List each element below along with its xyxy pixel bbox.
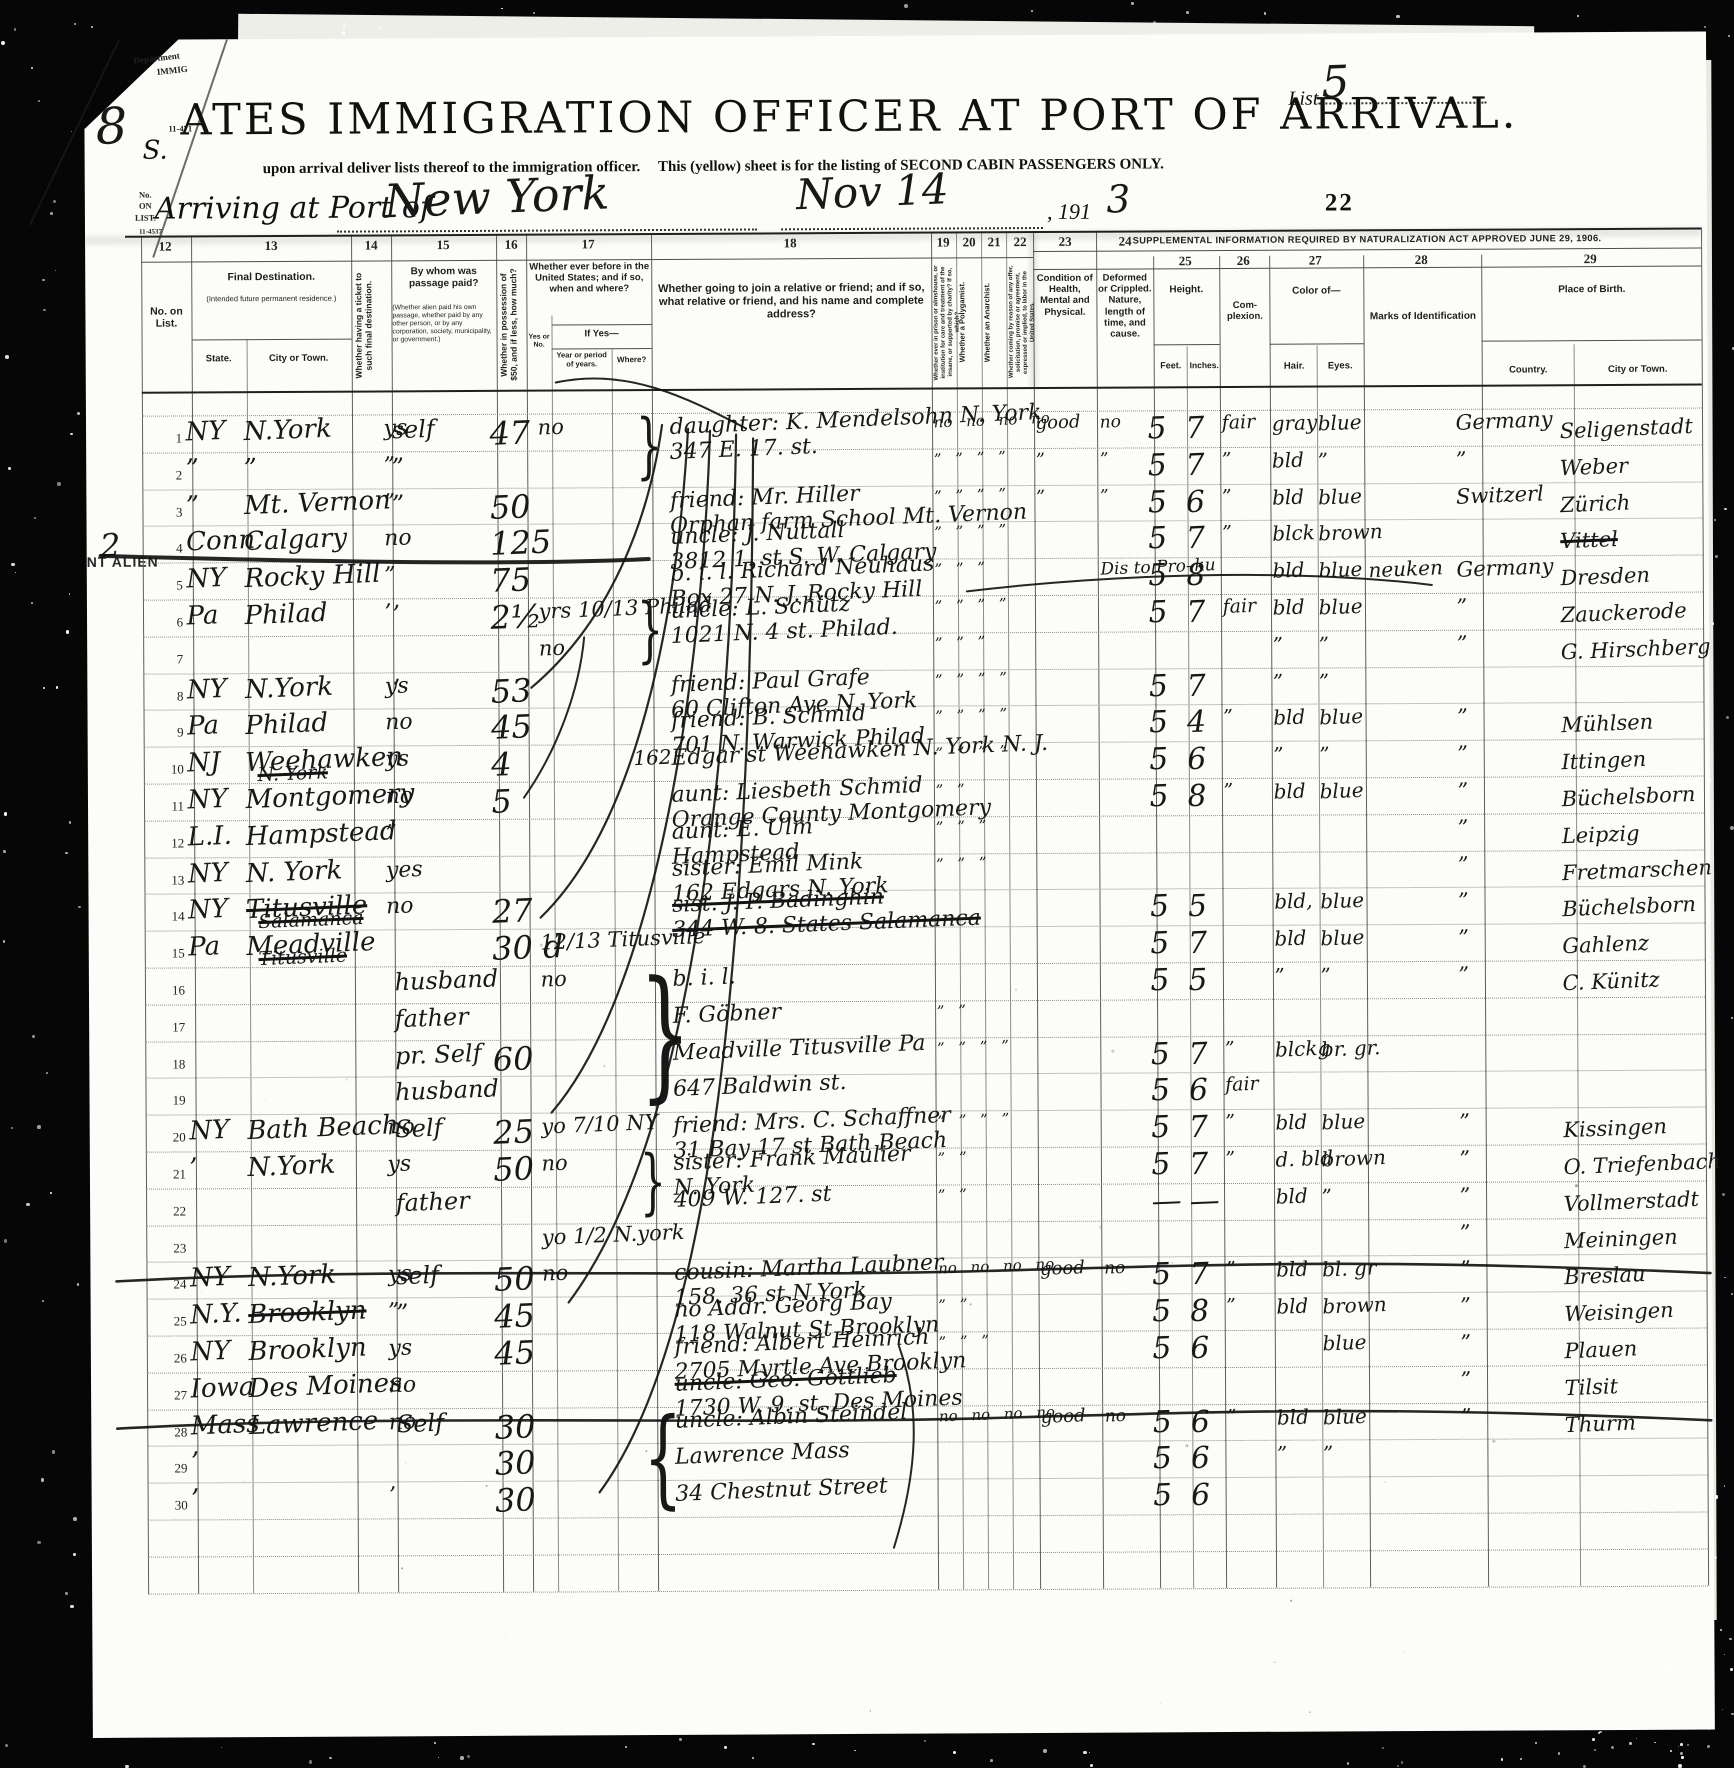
join-brace: }	[637, 595, 663, 667]
row-24-hair-value: bld	[1276, 1259, 1309, 1280]
row-9-bcity-value: Mühlsen	[1561, 712, 1654, 737]
row-number: 15	[147, 946, 185, 962]
scan-speckle	[5, 355, 9, 359]
scan-speckle	[1729, 1638, 1731, 1640]
row-1-state-value: NY	[185, 418, 226, 446]
scan-speckle	[904, 4, 908, 8]
row-6-city-value: Philad	[244, 600, 328, 629]
row-4-bcity-value: Vittel	[1560, 529, 1618, 552]
scan-speckle	[504, 1633, 506, 1635]
row-21-eyes-value: brown	[1321, 1147, 1386, 1170]
row-1-deformed-value: no	[1099, 414, 1121, 432]
scan-speckle	[5, 1744, 8, 1747]
scan-speckle	[1309, 1711, 1311, 1713]
row-9-country-value: ”	[1457, 707, 1469, 728]
scan-speckle	[1153, 21, 1156, 24]
scan-speckle	[1681, 1756, 1684, 1759]
row-15-bcity-value: Gahlenz	[1562, 933, 1649, 957]
scan-speckle	[401, 1568, 403, 1570]
row-6-ticket-value: ’	[384, 602, 392, 624]
row-18-cplx-value: ”	[1225, 1039, 1235, 1058]
row-4-ticket-value: no	[384, 528, 412, 551]
scan-speckle	[1501, 1758, 1504, 1761]
row-3-deformed-value: ”	[1100, 488, 1109, 505]
row-24-ft-value: 5	[1151, 1260, 1171, 1291]
row-number: 6	[145, 614, 183, 630]
row-30-join1-value: 34 Chestnut Street	[675, 1476, 888, 1507]
row-8-hair-value: ”	[1273, 671, 1284, 691]
row-4-q-value: ” ” ” ”	[934, 523, 1007, 541]
row-26-inch-value: 6	[1190, 1333, 1210, 1364]
scan-speckle	[3, 850, 6, 853]
row-12-ticket-value: ”	[385, 823, 397, 845]
col-17-where-label: Where?	[613, 355, 651, 365]
scan-speckle	[1715, 1495, 1719, 1499]
row-30-inch-value: 6	[1191, 1481, 1211, 1512]
col-15-header: By whom was passage paid?	[392, 266, 495, 290]
row-12-state-value: L.I.	[187, 823, 232, 851]
row-24-paid-value: self	[396, 1263, 440, 1289]
row-1-city-value: N.York	[243, 416, 332, 446]
row-2-state-value: ”	[185, 456, 199, 483]
grid-rowline	[144, 702, 1704, 711]
scan-speckle	[1131, 2, 1133, 4]
scan-speckle	[1654, 1742, 1655, 1743]
scan-speckle	[91, 26, 93, 28]
row-14-country-value: ”	[1458, 891, 1470, 912]
scan-speckle	[603, 1065, 605, 1067]
row-3-country-value: Switzerl	[1456, 483, 1545, 508]
row-number: 8	[145, 688, 183, 704]
row-number: 5	[145, 578, 183, 594]
scan-speckle	[501, 8, 502, 9]
row-2-inch-value: 7	[1185, 450, 1205, 481]
scan-speckle	[1594, 1749, 1596, 1751]
col-23-header: Condition of Health, Mental and Physical…	[1035, 273, 1094, 318]
grid-rowline	[145, 960, 1705, 969]
scan-speckle	[1731, 1293, 1733, 1295]
row-20-q-value: ” ” ” ”	[937, 1112, 1010, 1130]
row-1-q-value: no no no no	[933, 411, 1050, 431]
row-5-eyes-value: blue	[1318, 559, 1363, 581]
scan-speckle	[1577, 15, 1579, 17]
scan-speckle	[1015, 988, 1017, 990]
scan-speckle	[37, 1541, 40, 1544]
row-16-eyes-value: ”	[1320, 965, 1331, 985]
row-12-bcity-value: Leipzig	[1561, 823, 1640, 847]
scan-speckle	[26, 1203, 29, 1206]
scan-speckle	[14, 28, 16, 30]
scan-speckle	[1714, 1556, 1717, 1559]
row-27-bcity-value: Tilsit	[1564, 1376, 1618, 1399]
row-number: 28	[149, 1424, 187, 1440]
scan-speckle	[31, 67, 33, 69]
grid-rowline	[144, 849, 1704, 858]
row-number: 25	[149, 1314, 187, 1330]
row-14-inch-value: 5	[1187, 892, 1207, 923]
row-9-cplx-value: ”	[1223, 708, 1233, 727]
scan-speckle	[379, 27, 382, 30]
row-16-before-value: no	[540, 969, 567, 991]
row-8-amount-value: 53	[490, 674, 532, 708]
row-15-inch-value: 7	[1188, 929, 1208, 960]
no-on-list-word1: No.	[135, 190, 156, 202]
scan-speckle	[1506, 1623, 1510, 1627]
row-16-paid-value: husband	[394, 966, 499, 994]
row-10-hair-value: ”	[1273, 745, 1284, 765]
row-28-city-value: Lawrence	[248, 1408, 378, 1439]
grid-rowline	[146, 1180, 1706, 1189]
row-25-paid-value: ”	[396, 1301, 409, 1325]
scan-speckle	[405, 1462, 406, 1463]
scan-speckle	[1710, 896, 1711, 897]
port-value: New York	[383, 169, 610, 224]
grid-rowline	[147, 1438, 1707, 1447]
scan-speckle	[15, 572, 16, 573]
row-number: 14	[147, 909, 185, 925]
scan-speckle	[1636, 1738, 1637, 1739]
col-20-header: Whether a Polygamist.	[958, 261, 980, 383]
scan-speckle	[1669, 1698, 1671, 1700]
row-7-before-value: no	[538, 637, 565, 659]
row-14-state-value: NY	[188, 896, 229, 924]
row-20-ft-value: 5	[1151, 1113, 1171, 1144]
row-6-bcity-value: Zauckerode	[1560, 600, 1687, 626]
row-1-amount-value: 47	[489, 416, 531, 450]
scan-speckle	[1724, 508, 1727, 511]
row-2-hair-value: bld	[1271, 449, 1304, 470]
row-9-state-value: Pa	[187, 713, 220, 740]
row-25-hair-value: bld	[1276, 1296, 1309, 1317]
row-1-eyes-value: blue	[1317, 412, 1362, 434]
grid-rowline	[148, 1585, 1708, 1594]
row-25-state-value: N.Y.	[190, 1301, 242, 1329]
scan-speckle	[46, 1072, 48, 1074]
row-26-ft-value: 5	[1152, 1334, 1172, 1365]
grid-hline	[1482, 340, 1702, 342]
scan-speckle	[1713, 623, 1714, 624]
scan-speckle	[52, 1450, 55, 1453]
row-13-country-value: ”	[1458, 854, 1470, 875]
row-15-hair-value: bld	[1274, 928, 1307, 949]
row-24-state-value: NY	[190, 1264, 231, 1292]
row-6-state-value: Pa	[186, 602, 219, 629]
scan-speckle	[1089, 1752, 1090, 1753]
scan-speckle	[1708, 1727, 1710, 1729]
grid-vline	[1033, 231, 1041, 1589]
row-4-margin-value: 2	[99, 530, 121, 563]
row-11-q-value: ” ”	[935, 782, 965, 798]
scan-speckle	[673, 1346, 674, 1347]
scan-speckle	[345, 1079, 347, 1081]
col-22-header: Whether coming by reason of any offer, s…	[1008, 261, 1032, 383]
row-11-cplx-value: ”	[1223, 782, 1233, 801]
row-6-eyes-value: blue	[1318, 596, 1363, 618]
row-1-health-value: good	[1035, 413, 1080, 433]
row-4-city-value: Calgary	[244, 525, 348, 555]
row-23-country-value: ”	[1459, 1222, 1471, 1243]
scan-speckle	[66, 630, 70, 634]
scan-speckle	[43, 687, 45, 689]
row-10-amount-value: 4	[491, 748, 513, 781]
row-28-q-value: no no no no	[939, 1404, 1056, 1424]
row-27-country-value: ”	[1460, 1369, 1472, 1390]
row-24-cplx-value: ”	[1226, 1260, 1236, 1279]
row-number: 3	[144, 504, 182, 520]
row-7-country-value: ”	[1456, 633, 1468, 654]
row-number: 4	[145, 541, 183, 557]
row-21-cplx-value: ”	[1225, 1150, 1235, 1169]
col-17-if-yes: If Yes—	[553, 328, 651, 340]
row-9-q-value: ” ” ” ”	[935, 707, 1008, 725]
department-stamp: Department IMMIG	[133, 49, 189, 82]
row-12-q-value: ” ” ”	[936, 818, 987, 835]
row-2-deformed-value: ”	[1100, 451, 1109, 468]
row-5-marks-value: neuken	[1368, 557, 1443, 580]
scan-speckle	[1403, 1651, 1404, 1652]
row-20-inch-value: 7	[1189, 1113, 1209, 1144]
row-21-q-value: ” ”	[937, 1150, 967, 1166]
scan-speckle	[870, 1710, 871, 1711]
row-22-bcity-value: Vollmerstadt	[1563, 1189, 1699, 1215]
col-number-29: 29	[1570, 251, 1610, 267]
row-28-deformed-value: no	[1105, 1407, 1127, 1425]
row-number: 19	[148, 1093, 186, 1109]
row-number: 22	[148, 1203, 186, 1219]
row-number: 9	[146, 725, 184, 741]
scan-speckle	[828, 1127, 829, 1128]
row-3-inch-value: 6	[1185, 487, 1205, 518]
figure-8-mark: 8	[95, 101, 129, 152]
row-number: 21	[148, 1166, 186, 1182]
row-25-ft-value: 5	[1152, 1297, 1172, 1328]
row-22-q-value: ” ”	[938, 1187, 968, 1203]
scan-speckle	[467, 1755, 470, 1758]
scan-speckle	[55, 270, 56, 271]
scan-speckle	[1397, 1765, 1399, 1767]
row-3-ft-value: 5	[1147, 487, 1167, 518]
scan-speckle	[1724, 1277, 1726, 1279]
row-11-inch-value: 8	[1187, 781, 1207, 812]
grid-rowline	[148, 1548, 1708, 1557]
scan-speckle	[1347, 1762, 1349, 1764]
scan-speckle	[812, 1743, 815, 1746]
row-26-q-value: ” ” ”	[938, 1334, 989, 1351]
row-18-inch-value: 7	[1188, 1039, 1208, 1070]
scan-speckle	[1704, 26, 1706, 28]
row-number: 16	[147, 982, 185, 998]
scan-speckle	[4, 812, 7, 815]
row-10-margin2-value: 162	[633, 747, 672, 769]
row-3-q-value: ” ” ” ”	[934, 486, 1007, 504]
scan-speckle	[1043, 1749, 1046, 1752]
scan-speckle	[53, 200, 57, 204]
scan-speckle	[1382, 1747, 1384, 1749]
row-13-bcity-value: Fretmarschen	[1562, 857, 1713, 884]
row-18-eyes-value: br. gr.	[1321, 1037, 1381, 1059]
scan-speckle	[1730, 1668, 1733, 1671]
row-3-paid-value: ”	[392, 492, 405, 516]
scan-speckle	[69, 593, 70, 594]
row-24-eyes-value: bl. gr	[1322, 1258, 1377, 1280]
row-10-country-value: ”	[1457, 744, 1469, 765]
row-24-before-value: no	[542, 1263, 569, 1285]
date-value: Nov 14	[795, 168, 949, 216]
row-24-inch-value: 7	[1189, 1260, 1209, 1291]
col-28-header: Marks of Identification	[1366, 311, 1479, 323]
scan-speckle	[1731, 1713, 1733, 1715]
row-26-state-value: NY	[190, 1338, 231, 1366]
scan-speckle	[1519, 1646, 1520, 1647]
year-printed: , 191	[1047, 199, 1091, 225]
scan-speckle	[1520, 1758, 1522, 1760]
col-number-27: 27	[1295, 252, 1335, 268]
row-11-bcity-value: Büchelsborn	[1561, 784, 1696, 810]
row-number: 23	[148, 1240, 186, 1256]
row-28-hair-value: bld	[1276, 1406, 1309, 1427]
col-number-13: 13	[251, 238, 291, 254]
col-13-note: (Intended future permanent residence.)	[193, 295, 349, 305]
row-28-ft-value: 5	[1152, 1407, 1172, 1438]
row-14-ft-value: 5	[1149, 892, 1169, 923]
row-3-bcity-value: Zürich	[1560, 492, 1631, 516]
row-22-join1-value: 409 W. 127. st	[673, 1183, 832, 1211]
scan-speckle	[854, 1750, 855, 1751]
scan-speckle	[1708, 779, 1711, 782]
scan-speckle	[56, 686, 58, 688]
scan-speckle	[540, 944, 543, 947]
row-22-eyes-value: ”	[1321, 1186, 1332, 1206]
row-10-inch-value: 6	[1187, 745, 1207, 776]
row-24-city-value: N.York	[248, 1262, 337, 1292]
scan-speckle	[990, 1759, 993, 1762]
row-1-country-value: Germany	[1455, 409, 1553, 434]
col-17-yes-or-no: Yes or No.	[528, 334, 551, 351]
row-10-bcity-value: Ittingen	[1561, 749, 1647, 773]
row-28-health-value: good	[1041, 1407, 1086, 1427]
row-6-q-value: ” ” ” ”	[934, 597, 1007, 615]
row-18-q-value: ” ” ” ”	[937, 1038, 1010, 1056]
col-24-header: Deformed or Crippled. Nature, length of …	[1097, 272, 1152, 340]
row-18-paid-value: pr. Self	[394, 1041, 482, 1068]
scan-speckle	[777, 1054, 780, 1057]
row-13-city-value: N. York	[245, 857, 342, 887]
scan-speckle	[309, 1219, 310, 1220]
scan-speckle	[71, 131, 72, 132]
row-19-paid-value: husband	[395, 1077, 500, 1105]
grid-rowline	[143, 665, 1703, 674]
scan-speckle	[1710, 1164, 1712, 1166]
scan-speckle	[1464, 27, 1465, 28]
row-1-bcity-value: Seligenstadt	[1559, 416, 1693, 442]
row-25-inch-value: 8	[1190, 1297, 1210, 1328]
row-27-state-value: Iowa	[190, 1374, 255, 1403]
scan-speckle	[970, 1304, 972, 1306]
row-22-inch-value: —	[1189, 1186, 1220, 1217]
row-24-bcity-value: Breslau	[1564, 1264, 1646, 1288]
scan-speckle	[50, 1192, 51, 1193]
row-4-inch-value: 7	[1186, 524, 1206, 555]
row-20-hair-value: bld	[1275, 1112, 1308, 1133]
row-21-state-value: ’	[189, 1155, 198, 1181]
scan-speckle	[710, 969, 711, 970]
scan-speckle	[1728, 35, 1729, 36]
scan-speckle	[1264, 12, 1266, 14]
row-5-city-value: Rocky Hill	[244, 561, 381, 592]
scan-speckle	[42, 1300, 44, 1302]
row-13-state-value: NY	[187, 859, 228, 887]
row-11-eyes-value: blue	[1319, 780, 1364, 802]
row-number: 20	[148, 1130, 186, 1146]
row-24-amount-value: 50	[493, 1263, 535, 1297]
col-25-sub-feet: Feet.	[1156, 360, 1186, 371]
row-16-hair-value: ”	[1274, 965, 1285, 985]
col-16-header: Whether in possession of $50, and if les…	[498, 264, 525, 386]
row-26-ticket-value: ys	[388, 1337, 413, 1360]
row-number: 30	[150, 1498, 188, 1514]
col-number-14: 14	[351, 237, 391, 253]
scan-speckle	[77, 412, 81, 416]
row-20-cplx-value: ”	[1225, 1113, 1235, 1132]
scan-speckle	[460, 1756, 464, 1760]
row-16-bcity-value: C. Künitz	[1562, 969, 1660, 994]
grid-vline	[612, 349, 620, 1591]
row-21-inch-value: 7	[1189, 1149, 1209, 1180]
col-19-header: Whether ever in prison or almshouse, or …	[933, 261, 955, 383]
row-30-ft-value: 5	[1153, 1481, 1173, 1512]
row-11-amount-value: 5	[491, 785, 513, 818]
scan-speckle	[739, 26, 741, 28]
scan-speckle	[1083, 1751, 1086, 1754]
row-21-ft-value: 5	[1151, 1150, 1171, 1181]
row-20-eyes-value: blue	[1321, 1111, 1366, 1133]
row-6-hair-value: bld	[1272, 597, 1305, 618]
grid-rowline	[142, 444, 1702, 453]
row-15-state-value: Pa	[188, 933, 221, 960]
col-15-note: (Whether alien paid his own passage, whe…	[392, 304, 495, 345]
col-29-sub-birth-city: City or Town.	[1577, 364, 1699, 376]
col-13-sub-state: State.	[194, 353, 244, 364]
scan-speckle	[746, 1330, 749, 1333]
row-9-hair-value: bld	[1273, 707, 1306, 728]
scan-speckle	[486, 1485, 488, 1487]
join-brace: {	[643, 1404, 683, 1511]
row-16-ft-value: 5	[1150, 966, 1170, 997]
row-9-eyes-value: blue	[1319, 706, 1364, 728]
row-17-q-value: ” ”	[937, 1003, 967, 1019]
scan-speckle	[724, 1746, 726, 1748]
row-27-city-value: Des Moines	[248, 1370, 403, 1402]
col-27-sub-eyes: Eyes.	[1319, 360, 1362, 371]
scan-speckle	[1704, 621, 1707, 624]
scan-speckle	[1558, 1752, 1561, 1755]
scan-speckle	[37, 1125, 41, 1129]
scan-speckle	[1720, 1629, 1722, 1631]
scan-speckle	[492, 1090, 495, 1093]
scan-speckle	[625, 1746, 627, 1748]
row-18-amount-value: 60	[492, 1042, 534, 1076]
scan-speckle	[31, 602, 33, 604]
row-7-q-value: ” ” ”	[935, 634, 986, 651]
row-5-q-value: ” ” ”	[934, 561, 985, 578]
scan-speckle	[4, 1239, 7, 1242]
col-14-header: Whether having a ticket to such final de…	[353, 264, 390, 386]
col-number-25: 25	[1165, 253, 1205, 269]
grid-rowline	[148, 1475, 1708, 1484]
scan-speckle	[70, 1605, 73, 1608]
row-12-city-value: Hampstead	[245, 818, 397, 850]
scan-speckle	[1090, 1764, 1093, 1767]
